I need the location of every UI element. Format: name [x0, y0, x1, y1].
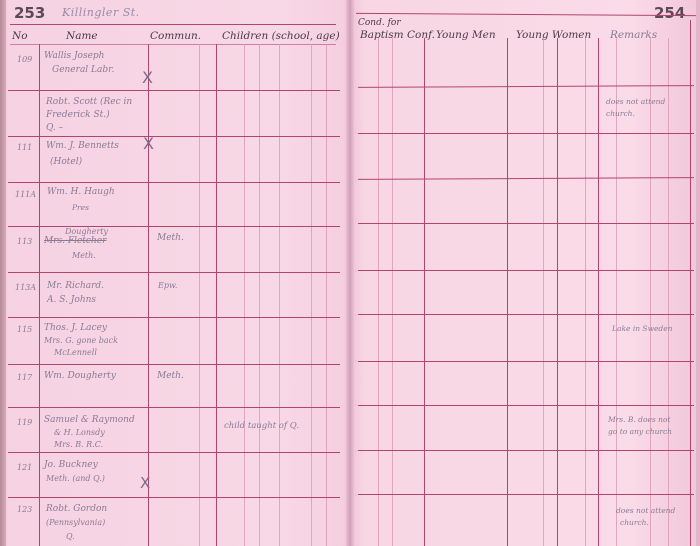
row-rule [358, 270, 694, 271]
entry-name-line: Robt. Gordon [46, 503, 107, 515]
entry-name-line: Pres [72, 202, 89, 214]
col-line-young-women [598, 38, 599, 546]
remark-line: Lake in Sweden [612, 323, 673, 334]
col-line-name [148, 44, 149, 546]
row-rule [358, 494, 694, 495]
row-rule [358, 361, 694, 362]
children-note: child taught of Q. [224, 420, 299, 432]
remark-line: Mrs. B. does not [608, 414, 671, 425]
entry-name-line: Thos. J. Lacey [44, 322, 107, 334]
header-underline-left [10, 44, 336, 45]
row-rule [8, 90, 340, 91]
entry-name-line: (Hotel) [50, 156, 82, 168]
entry-number: 109 [17, 55, 32, 64]
col-line-children-1 [244, 44, 245, 546]
entry-number: 117 [17, 373, 32, 382]
entry-number: 113 [17, 237, 32, 246]
communion-denomination: Epw. [158, 280, 177, 292]
right-binding-edge [696, 0, 700, 546]
communion-denomination: Meth. [157, 370, 184, 382]
header-children: Children (school, age) [222, 30, 340, 42]
col-line-children-2 [259, 44, 260, 546]
entry-name-line: Jo. Buckney [44, 459, 98, 471]
header-no: No [12, 30, 28, 42]
header-confirmation-top: Cond. for [358, 18, 401, 28]
entry-name-line: Robt. Scott (Rec in [46, 96, 132, 108]
entry-name-line: Q. [66, 531, 75, 543]
entry-number: 115 [17, 325, 32, 334]
row-rule [358, 223, 694, 224]
col-line-rem-3 [668, 38, 669, 546]
entry-name-line: Wallis Joseph [44, 50, 104, 62]
row-rule [8, 182, 340, 183]
entry-number: 111 [17, 143, 32, 152]
entry-name-line: Meth. [72, 250, 96, 262]
remark-line: church. [620, 517, 649, 528]
communion-x-mark: X [143, 134, 154, 153]
col-line-communion [216, 44, 217, 546]
entry-name-line: McLennell [54, 347, 97, 359]
col-line-yw-3 [585, 38, 586, 546]
header-name: Name [66, 30, 98, 42]
street-title: Killingler St. [62, 6, 140, 19]
col-line-communion-sub [199, 44, 200, 546]
row-rule [8, 497, 340, 498]
row-rule [358, 450, 694, 451]
row-rule [358, 177, 694, 180]
entry-number: 113A [15, 283, 36, 292]
remark-line: does not attend [616, 505, 675, 516]
row-rule [8, 407, 340, 408]
entry-name-line: Wm. J. Bennetts [46, 140, 119, 152]
heading-rule-left [10, 24, 336, 25]
entry-name-line: Wm. H. Haugh [47, 186, 115, 198]
col-line-conf [424, 38, 425, 546]
col-line-children-5 [326, 44, 327, 546]
row-rule [8, 136, 340, 137]
remark-line: go to any church [608, 426, 672, 437]
header-young-men: Young Men [436, 29, 496, 41]
entry-name-line: & H. Lonsdy [54, 427, 105, 439]
row-rule [358, 133, 694, 134]
book-gutter [346, 0, 354, 546]
entry-name-line: (Pennsylvania) [46, 517, 105, 529]
header-young-women: Young Women [516, 29, 591, 41]
entry-name-line: Meth. (and Q.) [46, 473, 105, 485]
entry-name-line: Q. – [46, 122, 63, 134]
col-line-young-men [507, 38, 508, 546]
communion-x-mark: X [140, 474, 150, 492]
communion-denomination: Meth. [157, 232, 184, 244]
left-binding-edge [0, 0, 6, 546]
entry-name-line-struck: Mrs. Fletcher [44, 235, 106, 247]
col-line-conf-2 [392, 38, 393, 546]
left-page-number: 253 [14, 4, 45, 22]
col-line-yw-2 [557, 38, 558, 546]
entry-name-line: Mrs. G. gone back [44, 335, 118, 347]
row-rule [358, 405, 694, 406]
entry-name-line: Samuel & Raymond [44, 414, 135, 426]
col-line-conf-1 [378, 38, 379, 546]
row-rule [358, 314, 694, 315]
col-line-rem-2 [650, 38, 651, 546]
remark-line: church. [606, 108, 635, 119]
entry-number: 123 [17, 505, 32, 514]
remark-line: does not attend [606, 96, 665, 107]
col-line-children-4 [311, 44, 312, 546]
row-rule [8, 226, 340, 227]
entry-number: 111A [15, 190, 36, 199]
header-communion: Commun. [150, 30, 201, 42]
entry-name-line: Mr. Richard. [47, 280, 104, 292]
col-line-yw-1 [543, 38, 544, 546]
row-rule [358, 85, 694, 88]
heading-rule-right [356, 13, 696, 17]
col-line-no [39, 44, 40, 546]
entry-name-line: A. S. Johns [47, 294, 96, 306]
entry-number: 121 [17, 463, 32, 472]
ledger-spread: 253 254 Killingler St. No Name Commun. C… [0, 0, 700, 546]
row-rule [8, 272, 340, 273]
entry-name-line: General Labr. [52, 64, 114, 76]
row-rule [8, 364, 340, 365]
row-rule [8, 452, 340, 453]
right-page-number: 254 [654, 4, 685, 22]
entry-name-line: Mrs. B. R.C. [54, 439, 103, 451]
entry-name-line: Wm. Dougherty [44, 370, 116, 382]
col-line-right-edge [690, 20, 691, 546]
entry-name-line: Frederick St.) [46, 109, 110, 121]
col-line-children-3 [279, 44, 280, 546]
row-rule [8, 317, 340, 318]
entry-number: 119 [17, 418, 32, 427]
communion-x-mark: X [142, 68, 153, 87]
